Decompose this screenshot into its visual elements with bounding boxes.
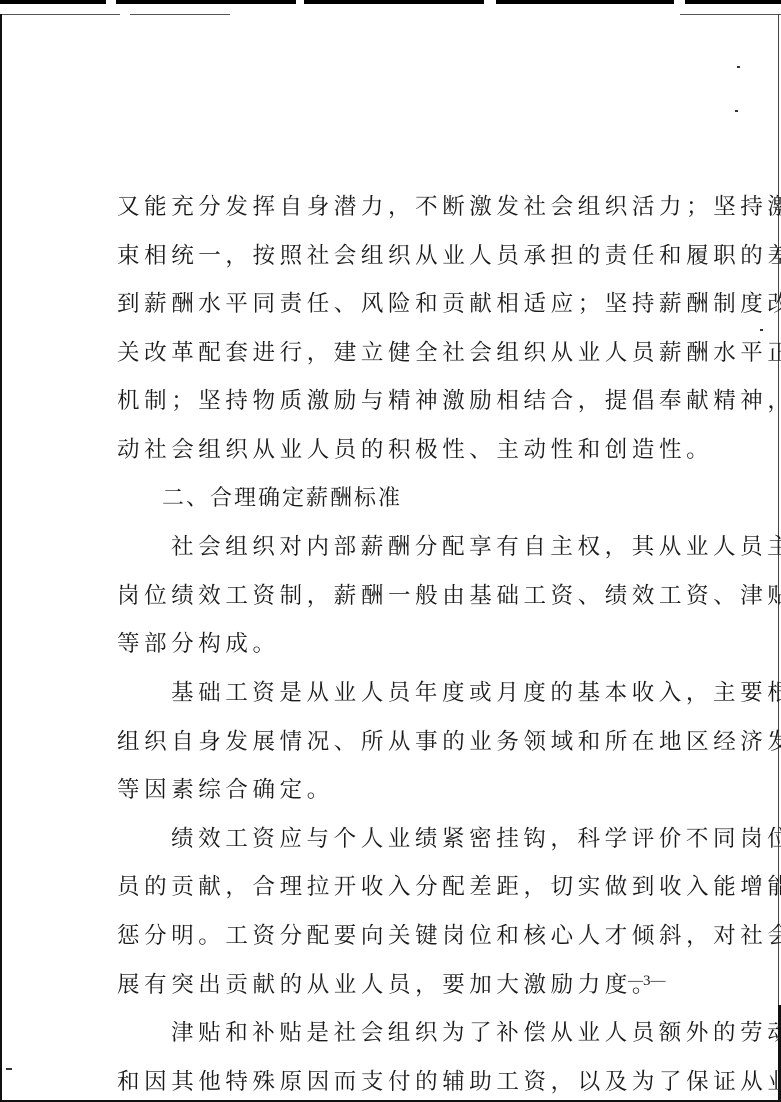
text-line: 员的贡献，合理拉开收入分配差距，切实做到收入能增能减和奖 — [117, 863, 673, 912]
scan-speck — [760, 329, 763, 331]
text-line: 岗位绩效工资制，薪酬一般由基础工资、绩效工资、津贴和补贴 — [117, 572, 673, 621]
page-number: —3— — [628, 973, 666, 990]
document-body: 又能充分发挥自身潜力，不断激发社会组织活力；坚持激励与约 束相统一，按照社会组织… — [117, 183, 673, 1102]
text-line: 动社会组织从业人员的积极性、主动性和创造性。 — [117, 426, 673, 475]
text-line: 关改革配套进行，建立健全社会组织从业人员薪酬水平正常增长 — [117, 329, 673, 378]
scan-border-top-segment — [78, 0, 106, 4]
text-line: 束相统一，按照社会组织从业人员承担的责任和履职的差异，做 — [117, 232, 673, 281]
text-line: 和因其他特殊原因而支付的辅助工资，以及为了保证从业人员工 — [117, 1058, 673, 1102]
text-line: 基础工资是从业人员年度或月度的基本收入，主要根据社会 — [117, 669, 673, 718]
scan-border-top-segment — [306, 0, 484, 4]
scan-border-top-segment — [116, 0, 296, 4]
scan-speck — [6, 1068, 12, 1070]
text-line: 绩效工资应与个人业绩紧密挂钩，科学评价不同岗位从业人 — [117, 815, 673, 864]
text-line: 等因素综合确定。 — [117, 766, 673, 815]
text-line: 社会组织对内部薪酬分配享有自主权，其从业人员主要实行 — [117, 523, 673, 572]
scan-border-top-segment — [496, 0, 674, 4]
text-line: 到薪酬水平同责任、风险和贡献相适应；坚持薪酬制度改革与相 — [117, 280, 673, 329]
scan-border-top-line — [680, 14, 781, 15]
text-line: 又能充分发挥自身潜力，不断激发社会组织活力；坚持激励与约 — [117, 183, 673, 232]
section-heading: 二、合理确定薪酬标准 — [117, 475, 673, 524]
scan-speck — [735, 110, 738, 112]
scan-border-left — [0, 14, 2, 1102]
text-line: 展有突出贡献的从业人员，要加大激励力度。 — [117, 961, 673, 1010]
text-line: 津贴和补贴是社会组织为了补偿从业人员额外的劳动消耗 — [117, 1009, 673, 1058]
text-line: 等部分构成。 — [117, 620, 673, 669]
scan-border-top-segment — [685, 0, 781, 4]
scan-speck — [737, 66, 740, 68]
scan-border-top-line — [130, 14, 230, 15]
scan-border-top-line — [0, 14, 120, 15]
text-line: 组织自身发展情况、所从事的业务领域和所在地区经济发展水平 — [117, 718, 673, 767]
text-line: 机制；坚持物质激励与精神激励相结合，提倡奉献精神，充分调 — [117, 377, 673, 426]
text-line: 惩分明。工资分配要向关键岗位和核心人才倾斜，对社会组织发 — [117, 912, 673, 961]
